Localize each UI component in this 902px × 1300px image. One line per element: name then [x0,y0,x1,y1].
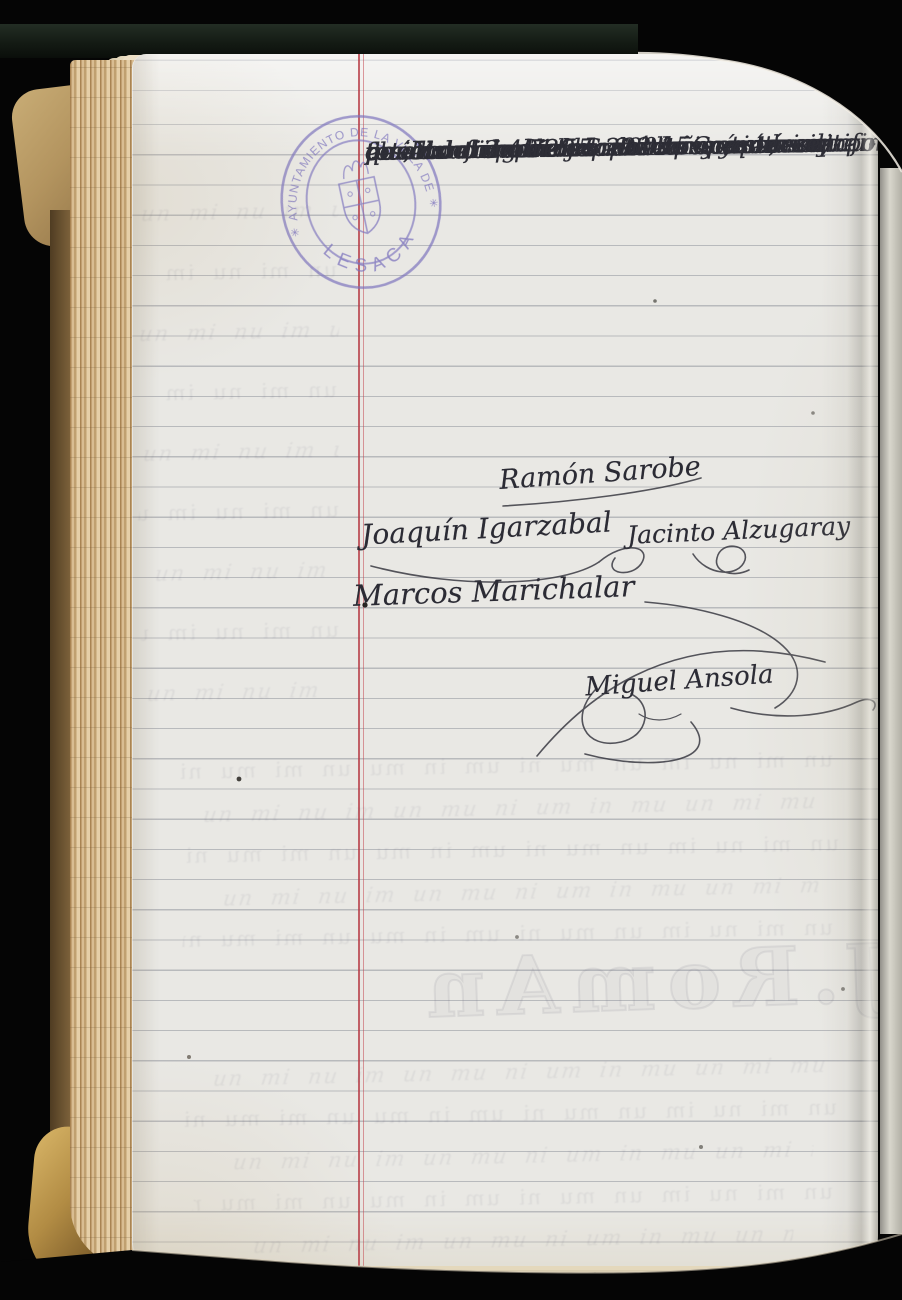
ink-showthrough: un mi nu im un mu ni um in mu un mi mu n… [167,832,840,871]
ink-showthrough: un mi nu im un mu ni um in mu un mi mu n… [137,498,341,528]
adjacent-page-edge [880,168,902,1234]
ink-showthrough: un mi nu im un mu ni um in mu un mi mu n… [201,789,834,829]
ink-showthrough: un mi nu im un mu ni um in mu un mi mu n… [137,318,340,349]
ledger-book-photo: AYUNTAMIENTO DE LA VILLA DE LESACA ✳ ✳ u… [0,0,902,1300]
signature-ramon-sarobe: Ramón Sarobe [498,451,702,496]
ink-showthrough: un mi nu im un mu ni um in mu un mi mu n… [211,1053,834,1093]
fanned-page-edges [70,60,134,1268]
ink-showthrough: un mi nu im un mu ni um in mu un mi mu n… [139,618,341,648]
stamp-arc-bottom-text: LESACA [316,222,428,287]
svg-text:LESACA: LESACA [316,222,428,287]
book-binding-tab [752,28,826,41]
manuscript-line: co. [365,137,402,167]
stamp-coat-of-arms [335,158,385,237]
ink-showthrough: un mi nu im un mu ni um in mu un mi mu n… [171,748,834,787]
ink-showthrough: un mi nu im un mu ni um in mu un mi mu n… [145,678,338,708]
ink-showthrough: un mi nu im un mu ni um in mu un mi mu n… [251,1222,794,1260]
ink-showthrough: un mi nu im un mu ni um in mu un mi mu n… [191,1180,835,1218]
ink-showthrough: un mi nu im un mu ni um in mu un mi mu n… [175,1096,838,1135]
signature-miguel-ansola: Miguel Ansola [584,659,774,702]
ledger-page: AYUNTAMIENTO DE LA VILLA DE LESACA ✳ ✳ u… [132,54,878,1266]
ink-showthrough: un mi nu im un mu ni um in mu un mi mu n… [141,438,340,469]
signature-joaquin-igarzabal: Joaquín Igarzabal [360,505,612,551]
stamp-star-right: ✳ [428,196,440,211]
signature-flourishes [133,54,878,834]
book-cover-top-edge [0,24,672,58]
lesaca-municipal-stamp: AYUNTAMIENTO DE LA VILLA DE LESACA ✳ ✳ [256,94,466,311]
stamp-star-left: ✳ [289,226,301,241]
papermaker-watermark: J.RomAn [369,921,878,1043]
signature-jacinto-alzugaray: Jacinto Alzugaray [626,511,850,550]
ink-showthrough: un mi nu im un mu ni um in mu un mi mu n… [149,378,339,408]
page-fold-shadow [847,54,878,1266]
manuscript-line: tes, conmigo el Secretario que certifi- [365,129,877,168]
dust-specks [0,0,2,2]
signature-marcos-marichalar: Marcos Marichalar [352,569,634,613]
ink-showthrough: un mi nu im un mu ni um in mu un mi mu n… [221,873,824,913]
manuscript-body: cluido el pobraje 292.15 pesetas y por p… [365,129,878,138]
ink-showthrough: un mi nu im un mu ni um in mu un mi mu n… [153,558,340,588]
ink-showthrough: un mi nu im un mu ni um in mu un mi mu n… [231,1137,814,1176]
